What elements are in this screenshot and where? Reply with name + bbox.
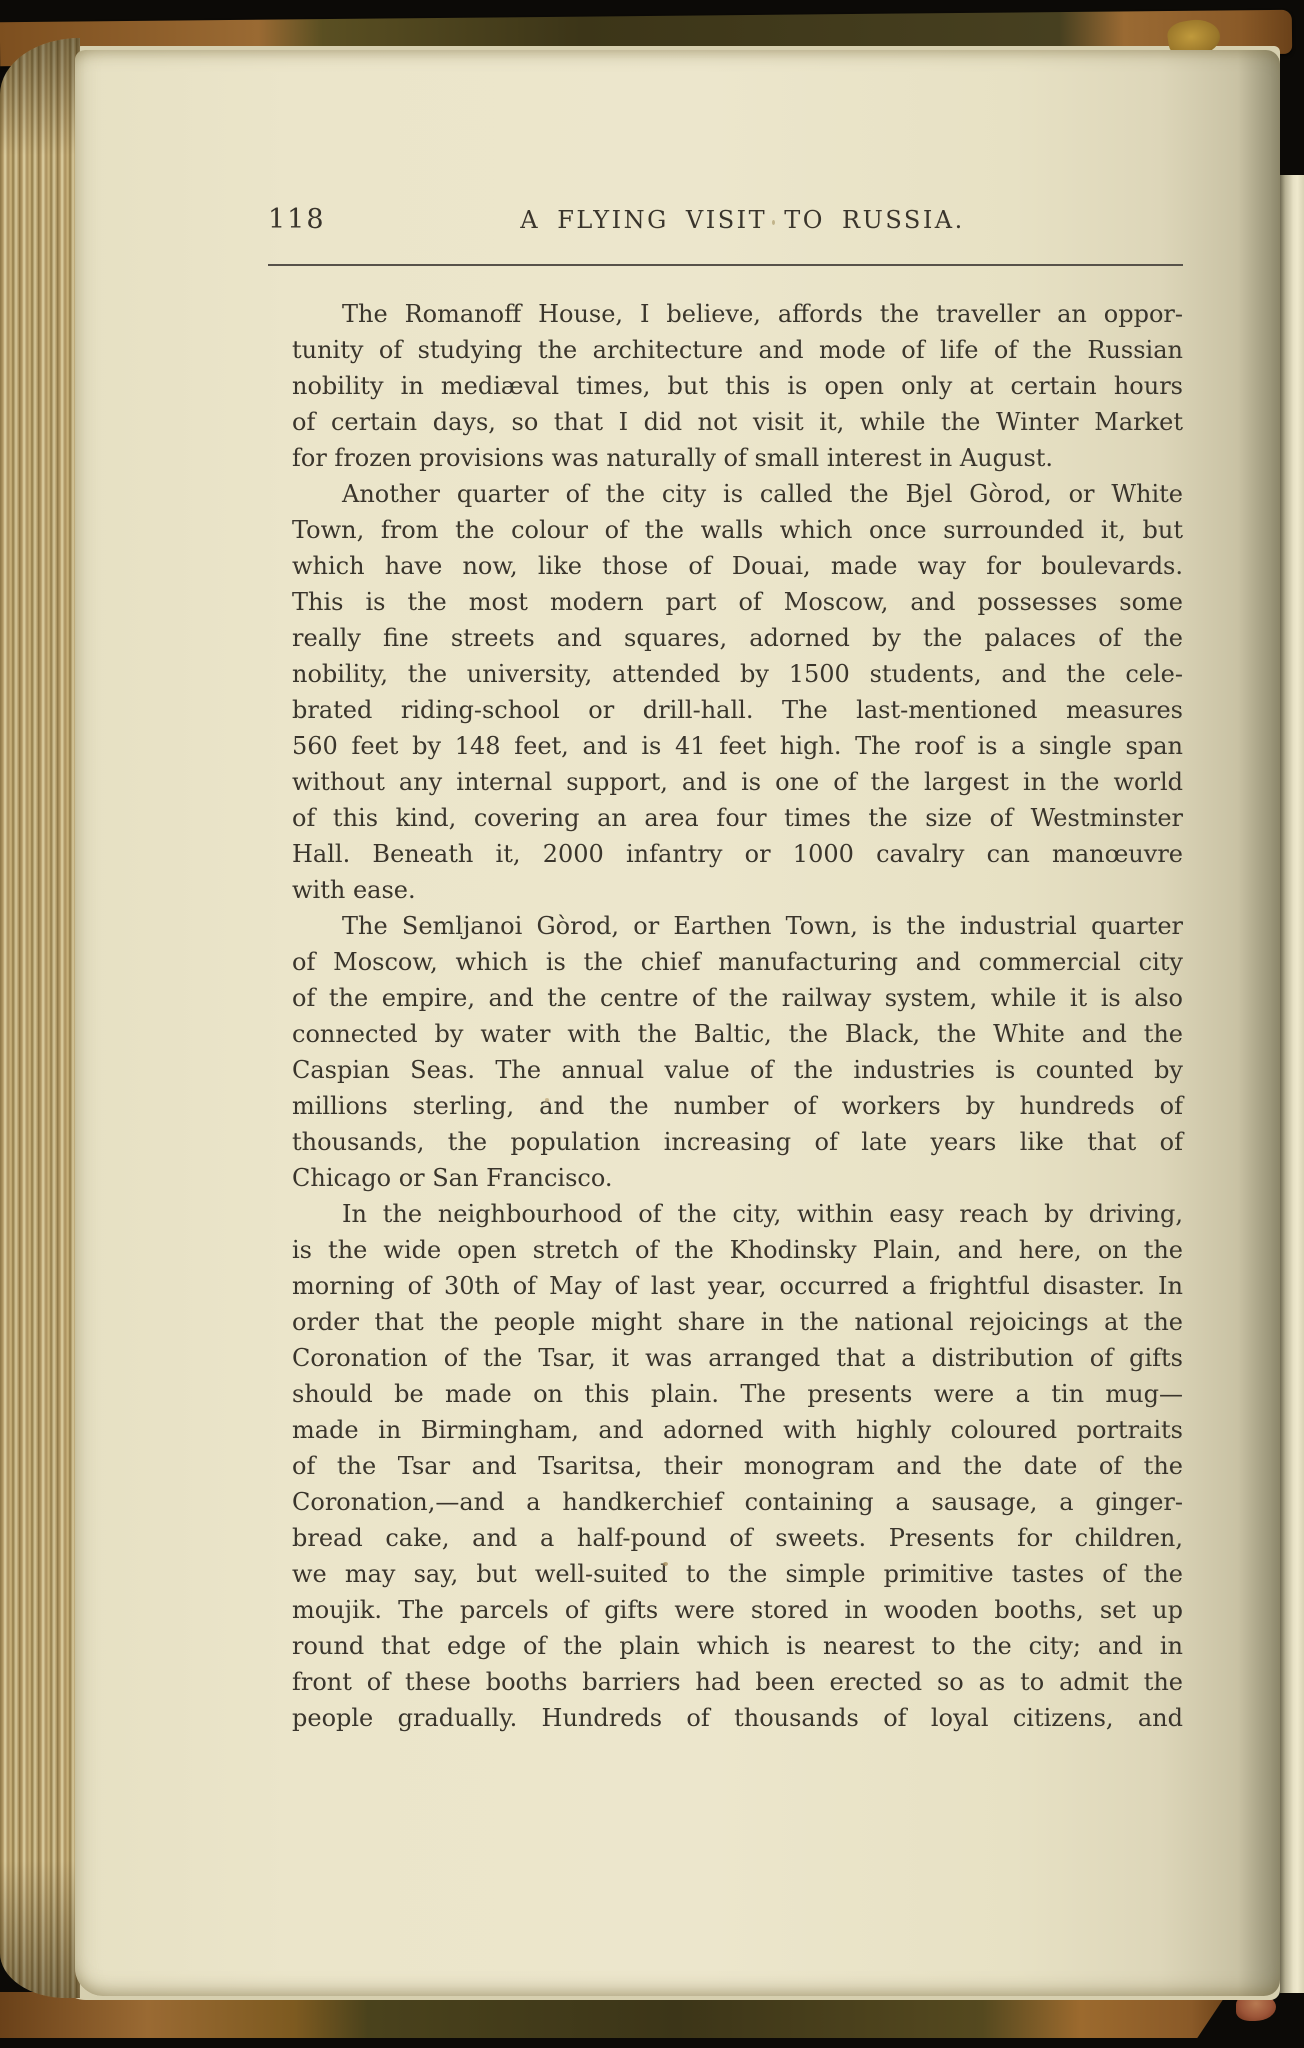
text-line: nobility, the university, attended by 15…	[292, 656, 1183, 692]
text-line: thousands, the population increasing of …	[292, 1124, 1183, 1160]
next-page-edge	[1280, 175, 1304, 1993]
text-line: of this kind, covering an area four time…	[292, 800, 1183, 836]
page-fore-edge-stack	[0, 38, 80, 1998]
text-line: Coronation of the Tsar, it was arranged …	[292, 1340, 1183, 1376]
text-line: round that edge of the plain which is ne…	[292, 1628, 1183, 1664]
text-line: without any internal support, and is one…	[292, 764, 1183, 800]
text-line: millions sterling, and the number of wor…	[292, 1088, 1183, 1124]
running-title: A FLYING VISIT TO RUSSIA.	[268, 206, 1183, 234]
text-line: Hall. Beneath it, 2000 infantry or 1000 …	[292, 836, 1183, 872]
paragraph: The Romanoff House, I believe, affords t…	[292, 296, 1183, 476]
text-line: of certain days, so that I did not visit…	[292, 404, 1183, 440]
text-line: order that the people might share in the…	[292, 1304, 1183, 1340]
text-line: of the Tsar and Tsaritsa, their monogram…	[292, 1448, 1183, 1484]
text-line: made in Birmingham, and adorned with hig…	[292, 1412, 1183, 1448]
text-line: Caspian Seas. The annual value of the in…	[292, 1052, 1183, 1088]
text-line: moujik. The parcels of gifts were stored…	[292, 1592, 1183, 1628]
paragraph: In the neighbourhood of the city, within…	[292, 1196, 1183, 1736]
text-line: In the neighbourhood of the city, within…	[292, 1196, 1183, 1232]
text-line: nobility in mediæval times, but this is …	[292, 368, 1183, 404]
text-line: 560 feet by 148 feet, and is 41 feet hig…	[292, 728, 1183, 764]
paper-fleck	[772, 220, 775, 225]
text-line: for frozen provisions was naturally of s…	[292, 440, 1183, 476]
text-line: which have now, like those of Douai, mad…	[292, 548, 1183, 584]
text-line: Town, from the colour of the walls which…	[292, 512, 1183, 548]
paragraph: The Semljanoi Gòrod, or Earthen Town, is…	[292, 908, 1183, 1196]
book-page: 118 A FLYING VISIT TO RUSSIA. The Romano…	[75, 50, 1280, 1996]
text-line: The Romanoff House, I believe, affords t…	[292, 296, 1183, 332]
text-line: front of these booths barriers had been …	[292, 1664, 1183, 1700]
text-line: of Moscow, which is the chief manufactur…	[292, 944, 1183, 980]
header-rule	[268, 264, 1183, 266]
running-head: 118 A FLYING VISIT TO RUSSIA.	[268, 200, 1183, 242]
text-line: really fine streets and squares, adorned…	[292, 620, 1183, 656]
paper-fleck	[663, 1562, 668, 1566]
text-line: Chicago or San Francisco.	[292, 1160, 1183, 1196]
text-line: of the empire, and the centre of the rai…	[292, 980, 1183, 1016]
page-content: 118 A FLYING VISIT TO RUSSIA. The Romano…	[268, 50, 1183, 1996]
text-line: Another quarter of the city is called th…	[292, 476, 1183, 512]
text-line: brated riding-school or drill-hall. The …	[292, 692, 1183, 728]
page-body: The Romanoff House, I believe, affords t…	[292, 296, 1183, 1736]
text-line: The Semljanoi Gòrod, or Earthen Town, is…	[292, 908, 1183, 944]
paragraph: Another quarter of the city is called th…	[292, 476, 1183, 908]
text-line: connected by water with the Baltic, the …	[292, 1016, 1183, 1052]
text-line: bread cake, and a half-pound of sweets. …	[292, 1520, 1183, 1556]
text-line: Coronation,—and a handkerchief containin…	[292, 1484, 1183, 1520]
text-line: tunity of studying the architecture and …	[292, 332, 1183, 368]
text-line: with ease.	[292, 872, 1183, 908]
text-line: This is the most modern part of Moscow, …	[292, 584, 1183, 620]
text-line: is the wide open stretch of the Khodinsk…	[292, 1232, 1183, 1268]
text-line: we may say, but well-suited to the simpl…	[292, 1556, 1183, 1592]
paper-fleck	[545, 1098, 549, 1102]
text-line: people gradually. Hundreds of thousands …	[292, 1700, 1183, 1736]
text-line: should be made on this plain. The presen…	[292, 1376, 1183, 1412]
text-line: morning of 30th of May of last year, occ…	[292, 1268, 1183, 1304]
